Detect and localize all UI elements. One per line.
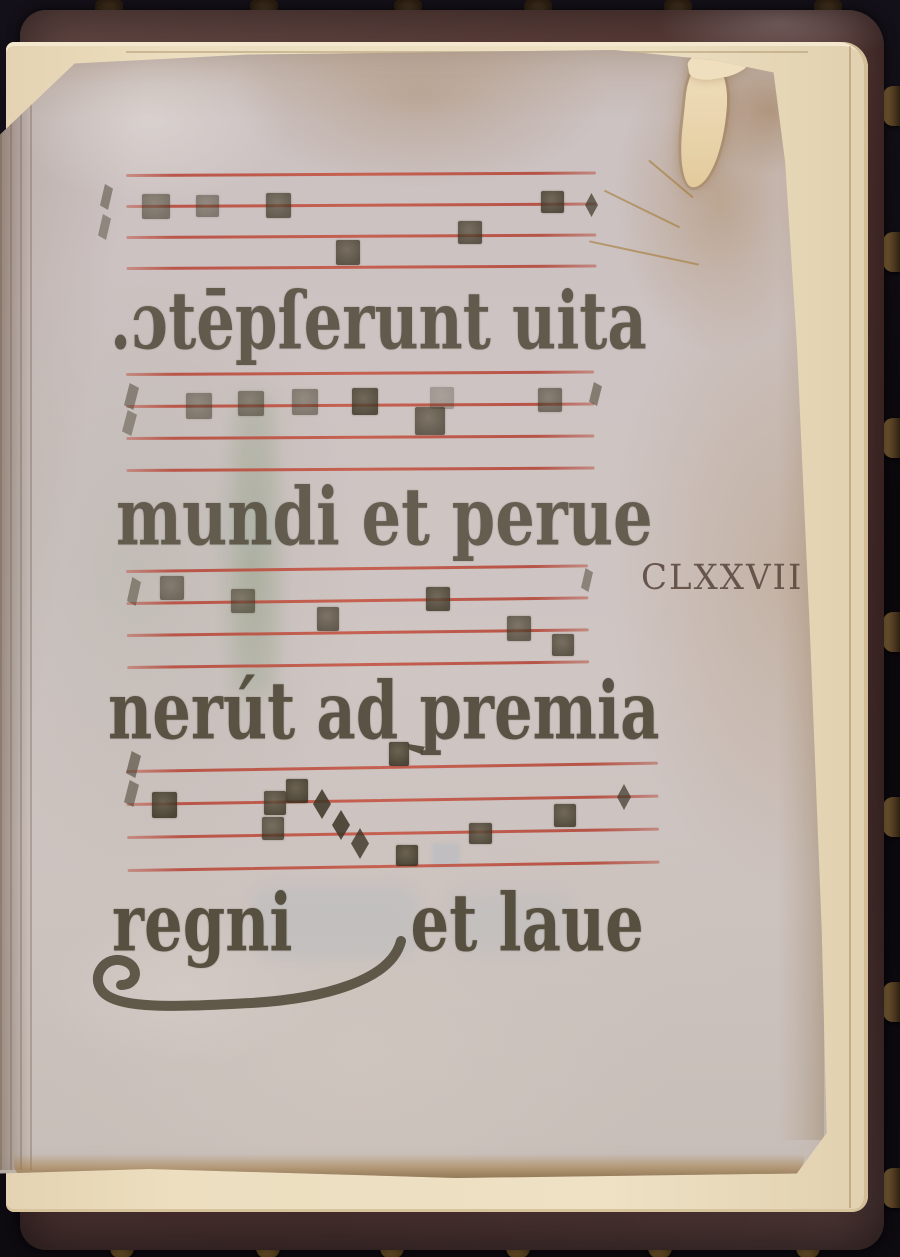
text-segment: et laue: [411, 876, 644, 969]
text-segment: .ɔtēpſerunt uita: [110, 274, 647, 367]
manuscript-photo-stage: .ɔtēpſerunt uitamundi et peruenerút ad p…: [0, 0, 900, 1257]
calligraphic-flourish: [66, 933, 416, 1041]
text-segment: nerút ad premia: [108, 664, 660, 757]
text-line-1: .ɔtēpſerunt uita: [110, 274, 647, 367]
text-line-2: mundi et perue: [116, 470, 653, 563]
folio-number: CLXXVII: [641, 558, 803, 599]
text-line-3: nerút ad premia: [108, 664, 660, 757]
lyric-text-layer: .ɔtēpſerunt uitamundi et peruenerút ad p…: [0, 0, 900, 1257]
text-segment: mundi et perue: [116, 470, 653, 563]
